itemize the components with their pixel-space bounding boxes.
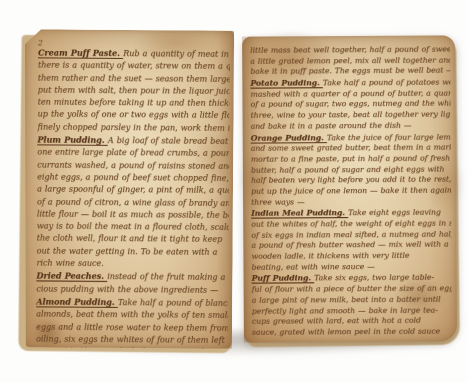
- left-page-handwriting: Cream Puff Paste. Rub a quantity of meat…: [36, 46, 230, 359]
- handwriting-line: almonds, beat them with the yolks of ten…: [36, 308, 228, 322]
- recipe-heading: Almond Pudding.: [36, 296, 118, 307]
- recipe-paragraph: Dried Peaches. instead of the fruit maki…: [36, 270, 228, 296]
- handwriting-text: Take half a pound of potatoes well: [323, 77, 451, 87]
- handwriting-line: and bake it in a paste around the dish —: [251, 120, 451, 132]
- recipe-heading: Puff Pudding.: [252, 274, 315, 283]
- handwriting-line: out the whites of half, the weight of ei…: [251, 218, 451, 230]
- handwriting-text: Rub a quantity of meat in which: [123, 48, 230, 59]
- handwriting-text: instead of the fruit making a deli-: [107, 271, 228, 282]
- handwriting-line: a large pint of new milk, beat into a ba…: [252, 294, 452, 306]
- recipe-heading: Dried Peaches.: [36, 271, 107, 281]
- handwriting-line: one entire large plate of bread crumbs, …: [37, 146, 229, 160]
- handwriting-line: rich wine sauce.: [36, 256, 228, 270]
- handwriting-line: cious pudding with the above ingredients…: [36, 282, 228, 296]
- handwriting-line: them rather and the suet — season them l…: [38, 71, 230, 85]
- recipe-paragraph: Orange Pudding. Take the juice of four l…: [251, 132, 451, 208]
- photograph-background: 2 Cream Puff Paste. Rub a quantity of me…: [0, 0, 468, 382]
- handwriting-line: up the yolks of one or two eggs with a l…: [37, 108, 229, 122]
- handwriting-line: beating, eat with wine sauce —: [251, 261, 451, 273]
- handwriting-line: three ways —: [251, 196, 451, 208]
- handwriting-text: Take six eggs, two large table-: [314, 273, 434, 283]
- handwriting-line: mortar to a fine paste, put in half a po…: [251, 153, 451, 165]
- handwriting-line: bake it in puff paste. The eggs must be …: [250, 66, 450, 78]
- handwriting-text: Take the juice of four large lemons: [327, 132, 451, 142]
- handwriting-text: Take half a pound of blanched: [118, 297, 228, 308]
- handwriting-line: of a pound of citron, a wine glass of br…: [37, 195, 229, 209]
- recipe-paragraph: Indian Meal Pudding. Take eight eggs lea…: [251, 208, 451, 273]
- recipe-heading: Cream Puff Paste.: [38, 47, 123, 58]
- handwriting-line: finely chopped parsley in the pan, work …: [37, 120, 229, 134]
- recipe-paragraph: Potato Pudding. Take half a pound of pot…: [250, 77, 450, 132]
- handwriting-line: a pound of fresh butter washed — mix wel…: [251, 240, 451, 252]
- handwriting-line: eggs and a little rose water to keep the…: [36, 320, 228, 334]
- recipe-paragraph: little mass beat well together, half a p…: [250, 44, 450, 77]
- handwriting-line: the cloth well, flour it and tie it tigh…: [37, 232, 229, 246]
- handwriting-line: Dried Peaches. instead of the fruit maki…: [36, 270, 228, 284]
- handwriting-line: there is a quantity of water, strew on t…: [38, 59, 230, 73]
- handwriting-line: a large spoonful of ginger, a pint of mi…: [37, 183, 229, 197]
- handwriting-line: three, wine to your taste, beat all toge…: [251, 110, 451, 122]
- left-page: 2 Cream Puff Paste. Rub a quantity of me…: [23, 29, 234, 348]
- recipe-heading: Potato Pudding.: [250, 78, 322, 87]
- recipe-heading: Plum Pudding.: [37, 134, 107, 144]
- right-page: little mass beat well together, half a p…: [242, 35, 457, 342]
- handwriting-line: sauce, grated with lemon peel in the col…: [252, 326, 452, 338]
- recipe-heading: Indian Meal Pudding.: [251, 208, 348, 218]
- handwriting-text: A big loaf of stale bread beat: [108, 135, 228, 146]
- recipe-paragraph: Plum Pudding. A big loaf of stale bread …: [36, 133, 229, 270]
- handwriting-text: Take eight eggs leaving: [348, 208, 441, 218]
- recipe-paragraph: Puff Pudding. Take six eggs, two large t…: [252, 273, 452, 338]
- handwriting-line: put up the juice of one lemon — bake it …: [251, 185, 451, 197]
- handwriting-line: perfectly light and smooth — bake in lar…: [252, 305, 452, 317]
- recipe-paragraph: Cream Puff Paste. Rub a quantity of meat…: [37, 46, 230, 133]
- handwriting-line: little mass beat well together, half a p…: [250, 44, 450, 56]
- recipe-heading: Orange Pudding.: [251, 133, 327, 142]
- right-page-handwriting: little mass beat well together, half a p…: [250, 44, 452, 339]
